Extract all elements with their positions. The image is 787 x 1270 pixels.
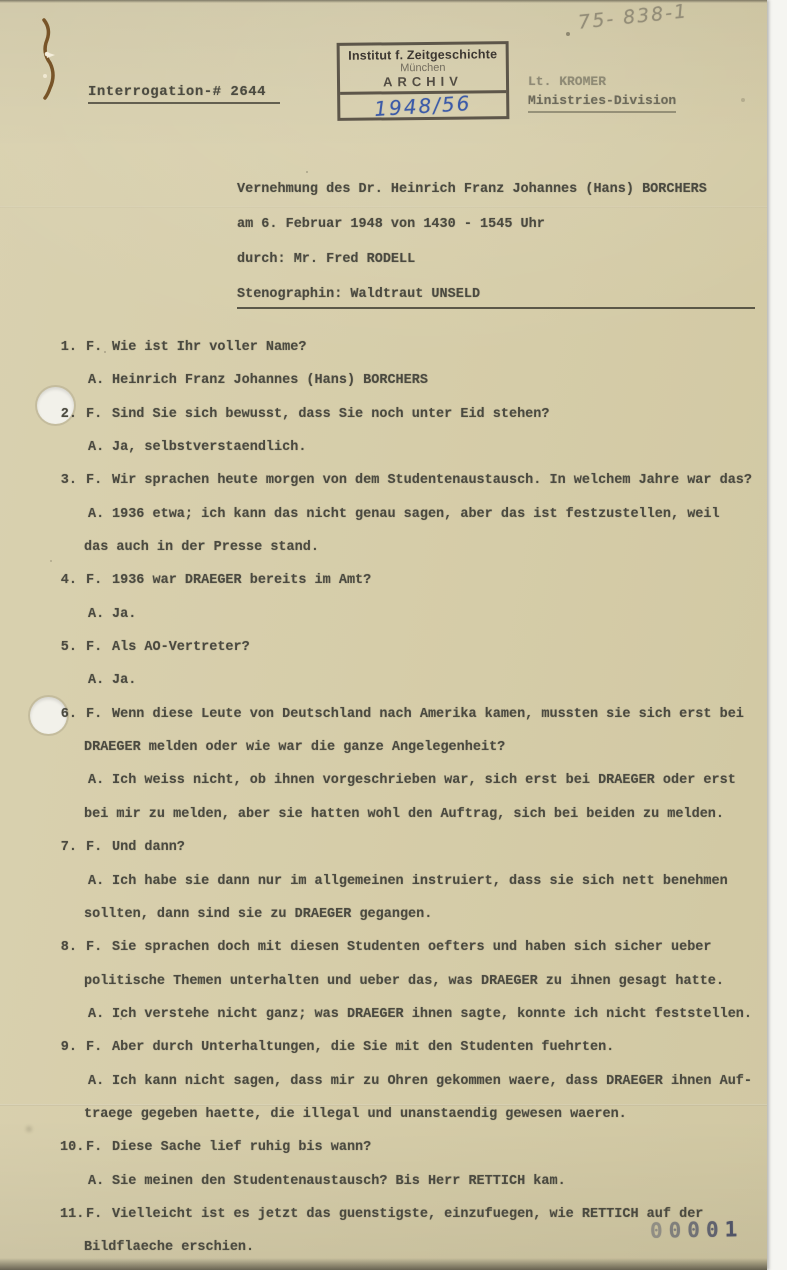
header-subject-line: Vernehmung des Dr. Heinrich Franz Johann… — [237, 172, 755, 207]
answer-text: Ich kann nicht sagen, dass mir zu Ohren … — [112, 1074, 752, 1089]
header-interrogator-line: durch: Mr. Fred RODELL — [237, 242, 755, 277]
qa-number: 11. — [60, 1198, 77, 1231]
question-label: F. — [86, 331, 103, 364]
answer-label: A. — [88, 998, 105, 1031]
answer-label: A. — [88, 764, 105, 797]
header-date-line: am 6. Februar 1948 von 1430 - 1545 Uhr — [237, 207, 755, 242]
qa-answer-line: bei mir zu melden, aber sie hatten wohl … — [60, 798, 767, 831]
answer-text: Ja. — [112, 607, 136, 622]
question-text: Sind Sie sich bewusst, dass Sie noch unt… — [112, 407, 549, 422]
qa-question-line: politische Themen unterhalten und ueber … — [60, 965, 767, 998]
page-number-digit: 0 — [687, 1218, 706, 1242]
qa-answer-line: A.Ja. — [60, 598, 767, 631]
officer-block: Lt. KROMER Ministries-Division — [528, 72, 676, 113]
qa-number: 8. — [60, 931, 77, 964]
qa-number: 3. — [60, 464, 77, 497]
qa-question-line: 1.F.Wie ist Ihr voller Name? — [60, 331, 767, 364]
qa-answer-line: A.Ich kann nicht sagen, dass mir zu Ohre… — [60, 1065, 767, 1098]
question-label: F. — [86, 564, 103, 597]
qa-number: 6. — [60, 698, 77, 731]
interrogation-header: Vernehmung des Dr. Heinrich Franz Johann… — [237, 172, 755, 312]
qa-answer-line: A.Ja. — [60, 664, 767, 697]
qa-number: 4. — [60, 564, 77, 597]
qa-number: 1. — [60, 331, 77, 364]
qa-answer-line: das auch in der Presse stand. — [60, 531, 767, 564]
qa-question-line: 2.F.Sind Sie sich bewusst, dass Sie noch… — [60, 398, 767, 431]
qa-answer-line: A.1936 etwa; ich kann das nicht genau sa… — [60, 498, 767, 531]
answer-text: 1936 etwa; ich kann das nicht genau sage… — [112, 507, 720, 522]
answer-label: A. — [88, 498, 105, 531]
answer-label: A. — [88, 364, 105, 397]
answer-label: A. — [88, 865, 105, 898]
question-text: 1936 war DRAEGER bereits im Amt? — [112, 573, 371, 588]
question-text: Und dann? — [112, 840, 185, 855]
stamp-handwritten-number: 1948/56 — [374, 91, 472, 121]
qa-number: 2. — [60, 398, 77, 431]
question-text: Vielleicht ist es jetzt das guenstigste,… — [112, 1207, 703, 1222]
document-scan: 75- 838-1 Interrogation-# 2644 Institut … — [0, 0, 787, 1270]
qa-number: 7. — [60, 831, 77, 864]
qa-question-line: 4.F.1936 war DRAEGER bereits im Amt? — [60, 564, 767, 597]
pencil-reference-note: 75- 838-1 — [577, 0, 689, 33]
answer-label: A. — [88, 431, 105, 464]
question-label: F. — [86, 931, 103, 964]
question-text: Wenn diese Leute von Deutschland nach Am… — [112, 707, 744, 722]
answer-label: A. — [88, 1165, 105, 1198]
paper-sheet: 75- 838-1 Interrogation-# 2644 Institut … — [0, 0, 767, 1270]
qa-question-line: 6.F.Wenn diese Leute von Deutschland nac… — [60, 698, 767, 731]
archive-stamp-lower: 1948/56 — [340, 93, 506, 119]
officer-division: Ministries-Division — [528, 91, 676, 113]
qa-answer-line: sollten, dann sind sie zu DRAEGER gegang… — [60, 898, 767, 931]
answer-text: Ich weiss nicht, ob ihnen vorgeschrieben… — [112, 773, 736, 788]
question-text: Diese Sache lief ruhig bis wann? — [112, 1140, 371, 1155]
binding-thread-icon — [30, 14, 60, 109]
question-text: Wie ist Ihr voller Name? — [112, 340, 306, 355]
paper-specks — [0, 0, 2, 2]
page-number-digit: 0 — [668, 1218, 687, 1242]
qa-number: 5. — [60, 631, 77, 664]
qa-question-line: 3.F.Wir sprachen heute morgen von dem St… — [60, 464, 767, 497]
answer-label: A. — [88, 664, 105, 697]
header-stenographer-line: Stenographin: Waldtraut UNSELD — [237, 283, 755, 309]
qa-answer-line: traege gegeben haette, die illegal und u… — [60, 1098, 767, 1131]
qa-question-line: 5.F.Als AO-Vertreter? — [60, 631, 767, 664]
question-text: Wir sprachen heute morgen von dem Studen… — [112, 473, 752, 488]
question-label: F. — [86, 831, 103, 864]
qa-question-line: 9.F.Aber durch Unterhaltungen, die Sie m… — [60, 1031, 767, 1064]
officer-name: Lt. KROMER — [528, 72, 676, 91]
qa-answer-line: A.Ich verstehe nicht ganz; was DRAEGER i… — [60, 998, 767, 1031]
qa-answer-line: A.Sie meinen den Studentenaustausch? Bis… — [60, 1165, 767, 1198]
question-label: F. — [86, 631, 103, 664]
question-label: F. — [86, 398, 103, 431]
answer-label: A. — [88, 1065, 105, 1098]
answer-text: Ich habe sie dann nur im allgemeinen ins… — [112, 874, 728, 889]
answer-text: Ja. — [112, 673, 136, 688]
qa-answer-line: A.Ich weiss nicht, ob ihnen vorgeschrieb… — [60, 764, 767, 797]
paper-edge-top — [0, 0, 767, 3]
question-label: F. — [86, 1031, 103, 1064]
qa-list: 1.F.Wie ist Ihr voller Name?A.Heinrich F… — [60, 331, 767, 1265]
question-text: Als AO-Vertreter? — [112, 640, 250, 655]
question-label: F. — [86, 698, 103, 731]
answer-label: A. — [88, 598, 105, 631]
qa-answer-line: A.Heinrich Franz Johannes (Hans) BORCHER… — [60, 364, 767, 397]
qa-question-line: 7.F.Und dann? — [60, 831, 767, 864]
answer-text: Ja, selbstverstaendlich. — [112, 440, 306, 455]
question-text: Sie sprachen doch mit diesen Studenten o… — [112, 940, 712, 955]
answer-text: Sie meinen den Studentenaustausch? Bis H… — [112, 1174, 566, 1189]
question-label: F. — [86, 1198, 103, 1231]
question-label: F. — [86, 1131, 103, 1164]
page-number-digit: 0 — [706, 1218, 725, 1242]
qa-question-line: DRAEGER melden oder wie war die ganze An… — [60, 731, 767, 764]
question-text: Aber durch Unterhaltungen, die Sie mit d… — [112, 1040, 614, 1055]
archive-stamp: Institut f. Zeitgeschichte München ARCHI… — [337, 41, 510, 121]
question-label: F. — [86, 464, 103, 497]
qa-number: 9. — [60, 1031, 77, 1064]
page-number-digit: 0 — [650, 1218, 669, 1242]
page-number-stamp: 00001 — [650, 1217, 744, 1243]
qa-number: 10. — [60, 1131, 77, 1164]
answer-text: Heinrich Franz Johannes (Hans) BORCHERS — [112, 373, 428, 388]
interrogation-number: Interrogation-# 2644 — [88, 84, 280, 104]
qa-answer-line: A.Ich habe sie dann nur im allgemeinen i… — [60, 865, 767, 898]
qa-answer-line: A.Ja, selbstverstaendlich. — [60, 431, 767, 464]
archive-stamp-upper: Institut f. Zeitgeschichte München ARCHI… — [340, 44, 507, 95]
qa-question-line: 8.F.Sie sprachen doch mit diesen Student… — [60, 931, 767, 964]
answer-text: Ich verstehe nicht ganz; was DRAEGER ihn… — [112, 1007, 752, 1022]
stamp-archiv-line: ARCHIV — [340, 73, 506, 90]
page-number-digit: 1 — [724, 1217, 743, 1241]
qa-question-line: 10.F.Diese Sache lief ruhig bis wann? — [60, 1131, 767, 1164]
